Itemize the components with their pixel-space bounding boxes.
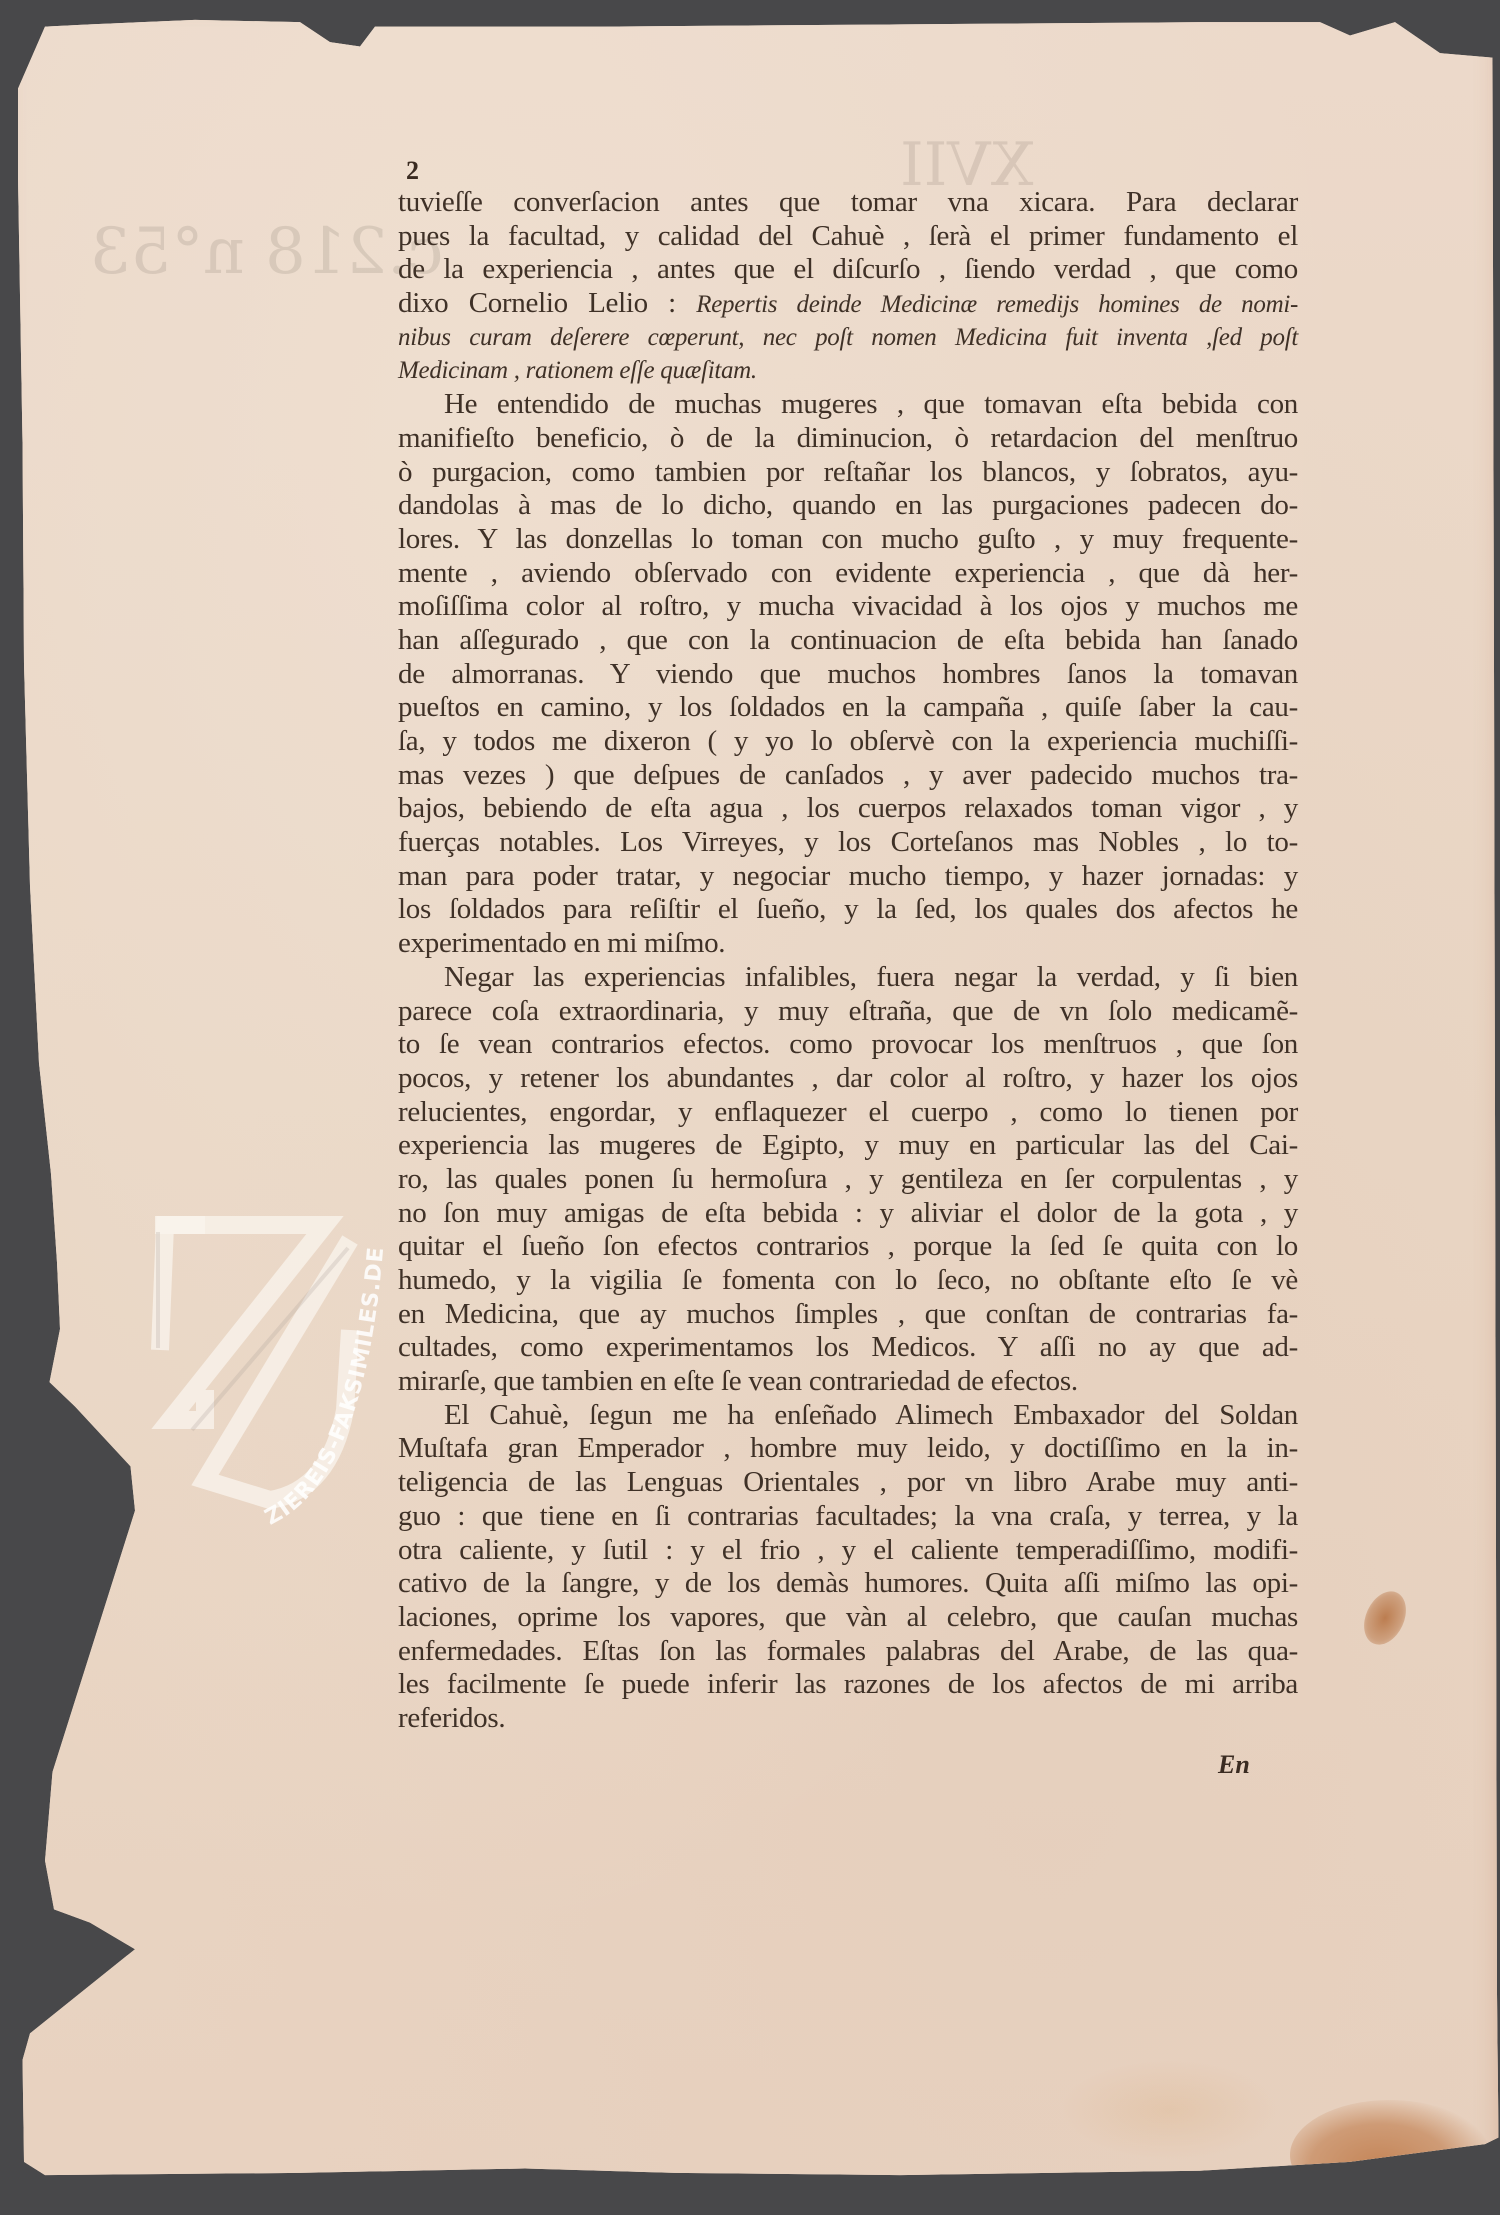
text-line: han aſſegurado , que con la continuacion… <box>398 624 1298 658</box>
paragraph: El Cahuè, ſegun me ha enſeñado Alimech E… <box>398 1399 1298 1736</box>
text-line: de almorranas. Y viendo que muchos hombr… <box>398 658 1298 692</box>
text-line: man para poder tratar, y negociar mucho … <box>398 860 1298 894</box>
text-line: fuerças notables. Los Virreyes, y los Co… <box>398 826 1298 860</box>
text-line: guo : que tiene en ſi contrarias faculta… <box>398 1500 1298 1534</box>
text-line: de la experiencia , antes que el diſcurſ… <box>398 253 1298 287</box>
text-line: Negar las experiencias infalibles, fuera… <box>398 961 1298 995</box>
text-line: dixo Cornelio Lelio : Repertis deinde Me… <box>398 287 1298 321</box>
roman-text: dixo Cornelio Lelio : <box>398 287 696 319</box>
text-line: pues la facultad, y calidad del Cahuè , … <box>398 220 1298 254</box>
text-line: ſa, y todos me dixeron ( y yo lo obſervè… <box>398 725 1298 759</box>
latin-quotation: Repertis deinde Medicinæ remedijs homine… <box>696 291 1298 318</box>
text-line: ò purgacion, como tambien por reſtañar l… <box>398 456 1298 490</box>
text-line: parece coſa extraordinaria, y muy eſtrañ… <box>398 995 1298 1029</box>
text-line: experimentado en mi miſmo. <box>398 927 1298 961</box>
foxing-stain <box>1356 1585 1414 1652</box>
text-line: tuvieſſe converſacion antes que tomar vn… <box>398 186 1298 220</box>
text-line: les facilmente ſe puede inferir las razo… <box>398 1668 1298 1702</box>
manuscript-page: c.218 n°53 XVII ZIEREIS-FAKSIMILES.DE 2 … <box>0 0 1500 2215</box>
text-line: mas vezes ) que deſpues de canſados , y … <box>398 759 1298 793</box>
text-line: pueſtos en camino, y los ſoldados en la … <box>398 691 1298 725</box>
text-line: en Medicina, que ay muchos ſimples , que… <box>398 1298 1298 1332</box>
body-text: tuvieſſe converſacion antes que tomar vn… <box>398 158 1298 1736</box>
latin-quotation-line: nibus curam deſerere cœperunt, nec poſt … <box>398 321 1298 355</box>
text-line: referidos. <box>398 1702 1298 1736</box>
text-line: relucientes, engordar, y enflaquezer el … <box>398 1096 1298 1130</box>
text-line: dandolas à mas de lo dicho, quando en la… <box>398 489 1298 523</box>
text-line: teligencia de las Lenguas Orientales , p… <box>398 1466 1298 1500</box>
text-line: El Cahuè, ſegun me ha enſeñado Alimech E… <box>398 1399 1298 1433</box>
text-line: cativo de la ſangre, y de los demàs humo… <box>398 1567 1298 1601</box>
latin-quotation-line: Medicinam , rationem eſſe quæſitam. <box>398 354 1298 388</box>
text-line: mente , aviendo obſervado con evidente e… <box>398 557 1298 591</box>
text-line: laciones, oprime los vapores, que vàn al… <box>398 1601 1298 1635</box>
text-line: bajos, bebiendo de eſta agua , los cuerp… <box>398 792 1298 826</box>
text-line: enfermedades. Eſtas ſon las formales pal… <box>398 1635 1298 1669</box>
text-line: to ſe vean contrarios efectos. como prov… <box>398 1028 1298 1062</box>
text-line: experiencia las mugeres de Egipto, y muy… <box>398 1129 1298 1163</box>
text-line: humedo, y la vigilia ſe fomenta con lo ſ… <box>398 1264 1298 1298</box>
watermark-logo-icon: ZIEREIS-FAKSIMILES.DE <box>120 1180 410 1580</box>
text-line: cultades, como experimentamos los Medico… <box>398 1331 1298 1365</box>
text-line: no ſon muy amigas de eſta bebida : y ali… <box>398 1197 1298 1231</box>
text-line: ro, las quales ponen ſu hermoſura , y ge… <box>398 1163 1298 1197</box>
paragraph: He entendido de muchas mugeres , que tom… <box>398 388 1298 961</box>
text-line: manifieſto beneficio, ò de la diminucion… <box>398 422 1298 456</box>
text-line: quitar el ſueño ſon efectos contrarios ,… <box>398 1230 1298 1264</box>
text-line: lores. Y las donzellas lo toman con much… <box>398 523 1298 557</box>
text-line: pocos, y retener los abundantes , dar co… <box>398 1062 1298 1096</box>
text-line: Muſtafa gran Emperador , hombre muy leid… <box>398 1432 1298 1466</box>
text-line: los ſoldados para reſiſtir el ſueño, y l… <box>398 893 1298 927</box>
text-line: moſiſſima color al roſtro, y mucha vivac… <box>398 590 1298 624</box>
bleed-through-mark: c.218 n°53 <box>90 215 443 289</box>
paragraph: tuvieſſe converſacion antes que tomar vn… <box>398 186 1298 388</box>
water-stain <box>1060 2060 1280 2160</box>
text-line: otra caliente, y ſutil : y el frio , y e… <box>398 1534 1298 1568</box>
text-line: mirarſe, que tambien en eſte ſe vean con… <box>398 1365 1298 1399</box>
catchword: En <box>1218 1750 1250 1780</box>
text-line: He entendido de muchas mugeres , que tom… <box>398 388 1298 422</box>
paragraph: Negar las experiencias infalibles, fuera… <box>398 961 1298 1399</box>
foxing-stain <box>1290 2100 1490 2210</box>
